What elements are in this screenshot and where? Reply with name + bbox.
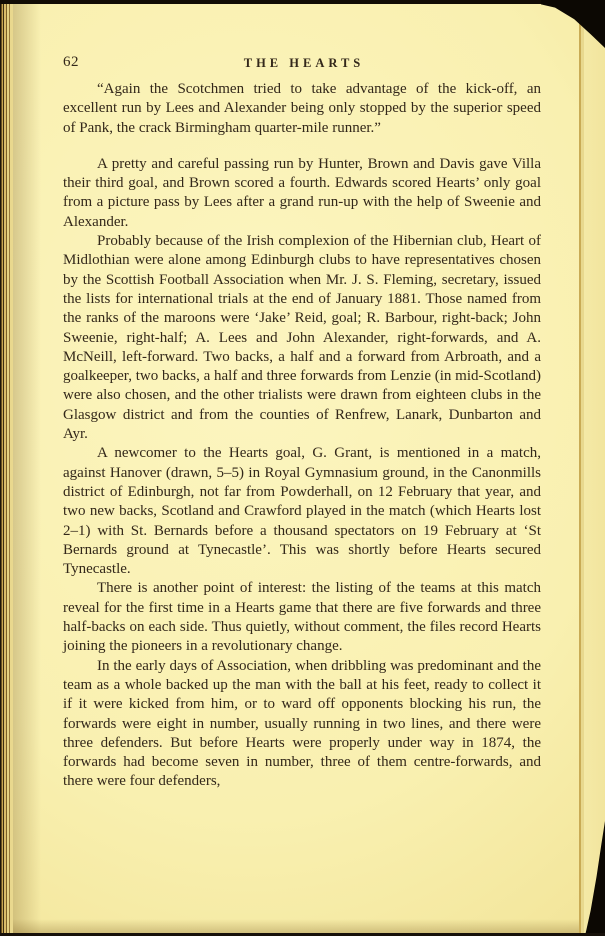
page-fore-edge <box>579 0 605 936</box>
paragraph: Probably because of the Irish complexion… <box>63 232 541 444</box>
page-header: 62 THE HEARTS <box>63 53 541 80</box>
book-binding-edge <box>0 0 13 936</box>
printed-text-area: 62 THE HEARTS “Again the Scotchmen tried… <box>63 53 541 792</box>
running-head-title: THE HEARTS <box>63 54 541 73</box>
top-dark-edge <box>0 0 605 4</box>
paragraph: A newcomer to the Hearts goal, G. Grant,… <box>63 444 541 579</box>
book-page-scan: 62 THE HEARTS “Again the Scotchmen tried… <box>0 0 605 936</box>
body-text: A pretty and careful passing run by Hunt… <box>63 155 541 792</box>
paragraph: In the early days of Association, when d… <box>63 657 541 792</box>
block-quote: “Again the Scotchmen tried to take advan… <box>63 80 541 138</box>
paragraph: There is another point of interest: the … <box>63 579 541 656</box>
paper-page: 62 THE HEARTS “Again the Scotchmen tried… <box>13 3 579 933</box>
paragraph: A pretty and careful passing run by Hunt… <box>63 155 541 232</box>
